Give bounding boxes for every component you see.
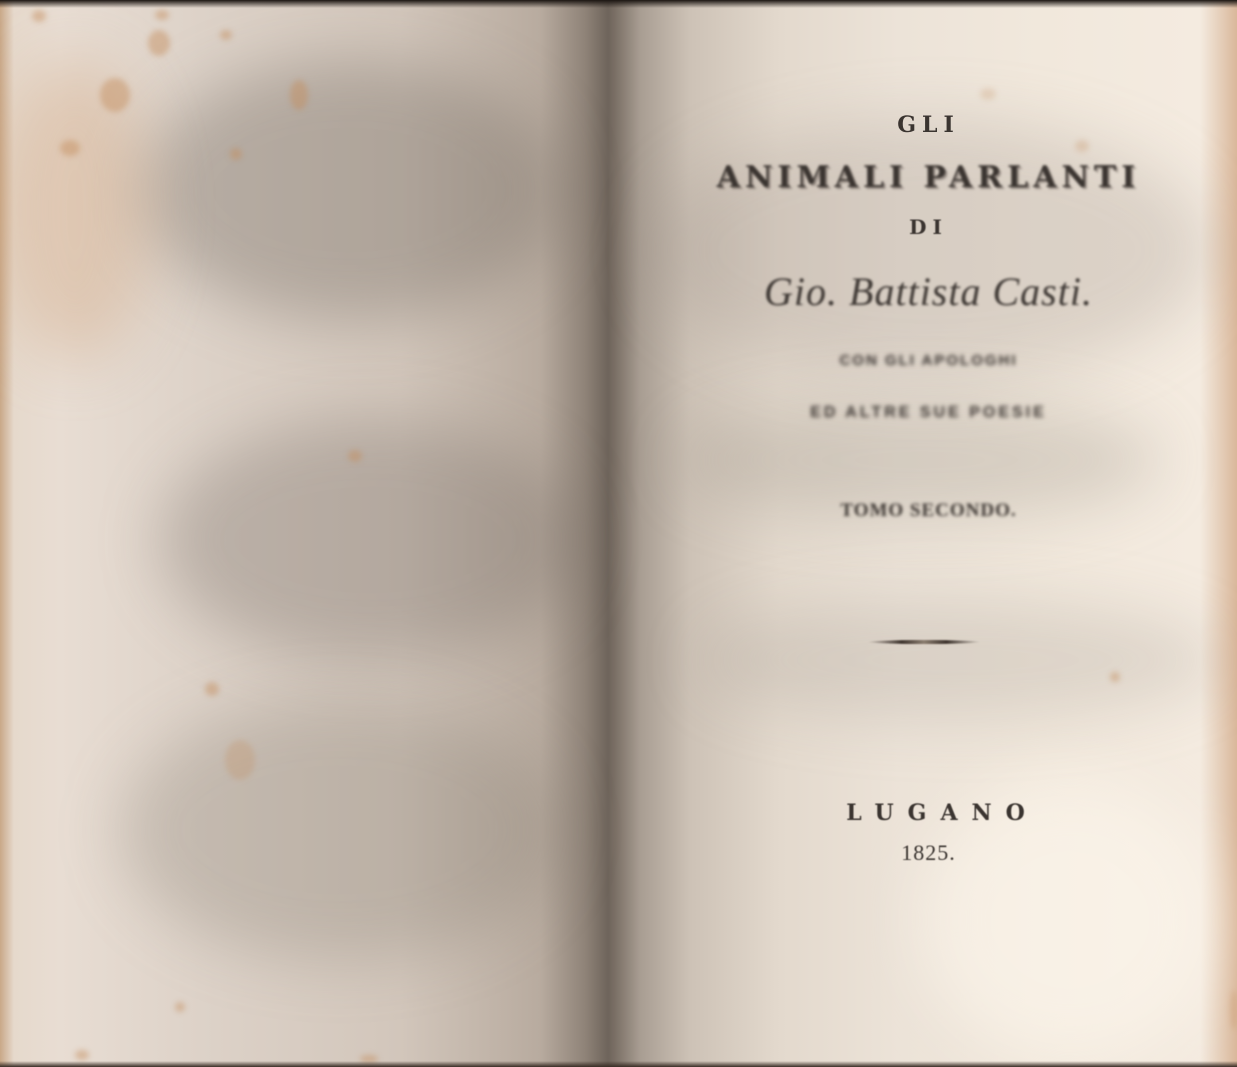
open-book: GLI ANIMALI PARLANTI DI Gio. Battista Ca… (0, 0, 1237, 1067)
left-page (0, 0, 610, 1067)
foxing-spot (348, 450, 362, 462)
stain (0, 60, 150, 360)
page-shadow (700, 600, 1220, 720)
volume-label: TOMO SECONDO. (620, 500, 1237, 522)
foxing-spot (290, 80, 308, 110)
foxing-spot (1110, 672, 1120, 682)
publication-place: LUGANO (620, 800, 1237, 826)
foxing-spot (148, 30, 170, 56)
page-shadow (160, 420, 580, 660)
ornamental-rule (868, 640, 980, 644)
foxing-spot (980, 88, 996, 100)
foxing-spot (230, 148, 242, 160)
page-shadow (140, 60, 560, 320)
foxing-spot (100, 78, 130, 112)
right-page: GLI ANIMALI PARLANTI DI Gio. Battista Ca… (620, 0, 1237, 1067)
foxing-spot (205, 682, 219, 696)
subtitle-line-2: ED ALTRE SUE POESIE (620, 404, 1237, 422)
subtitle-line-1: CON GLI APOLOGHI (620, 352, 1237, 369)
author-name: Gio. Battista Casti. (620, 268, 1237, 315)
foxing-spot (220, 30, 232, 40)
foxing-spot (1230, 990, 1237, 1030)
author-preposition: DI (620, 215, 1237, 239)
book-title: ANIMALI PARLANTI (620, 160, 1237, 195)
foxing-spot (360, 1055, 378, 1063)
title-article: GLI (620, 112, 1237, 138)
foxing-spot (225, 740, 255, 780)
foxing-spot (32, 10, 46, 22)
page-shadow (120, 700, 560, 960)
foxing-spot (1075, 140, 1089, 152)
foxing-spot (155, 10, 169, 20)
page-shadow (650, 120, 1210, 380)
foxing-spot (175, 1002, 185, 1012)
foxing-spot (60, 140, 80, 156)
publication-year: 1825. (620, 840, 1237, 866)
foxing-spot (75, 1050, 89, 1060)
